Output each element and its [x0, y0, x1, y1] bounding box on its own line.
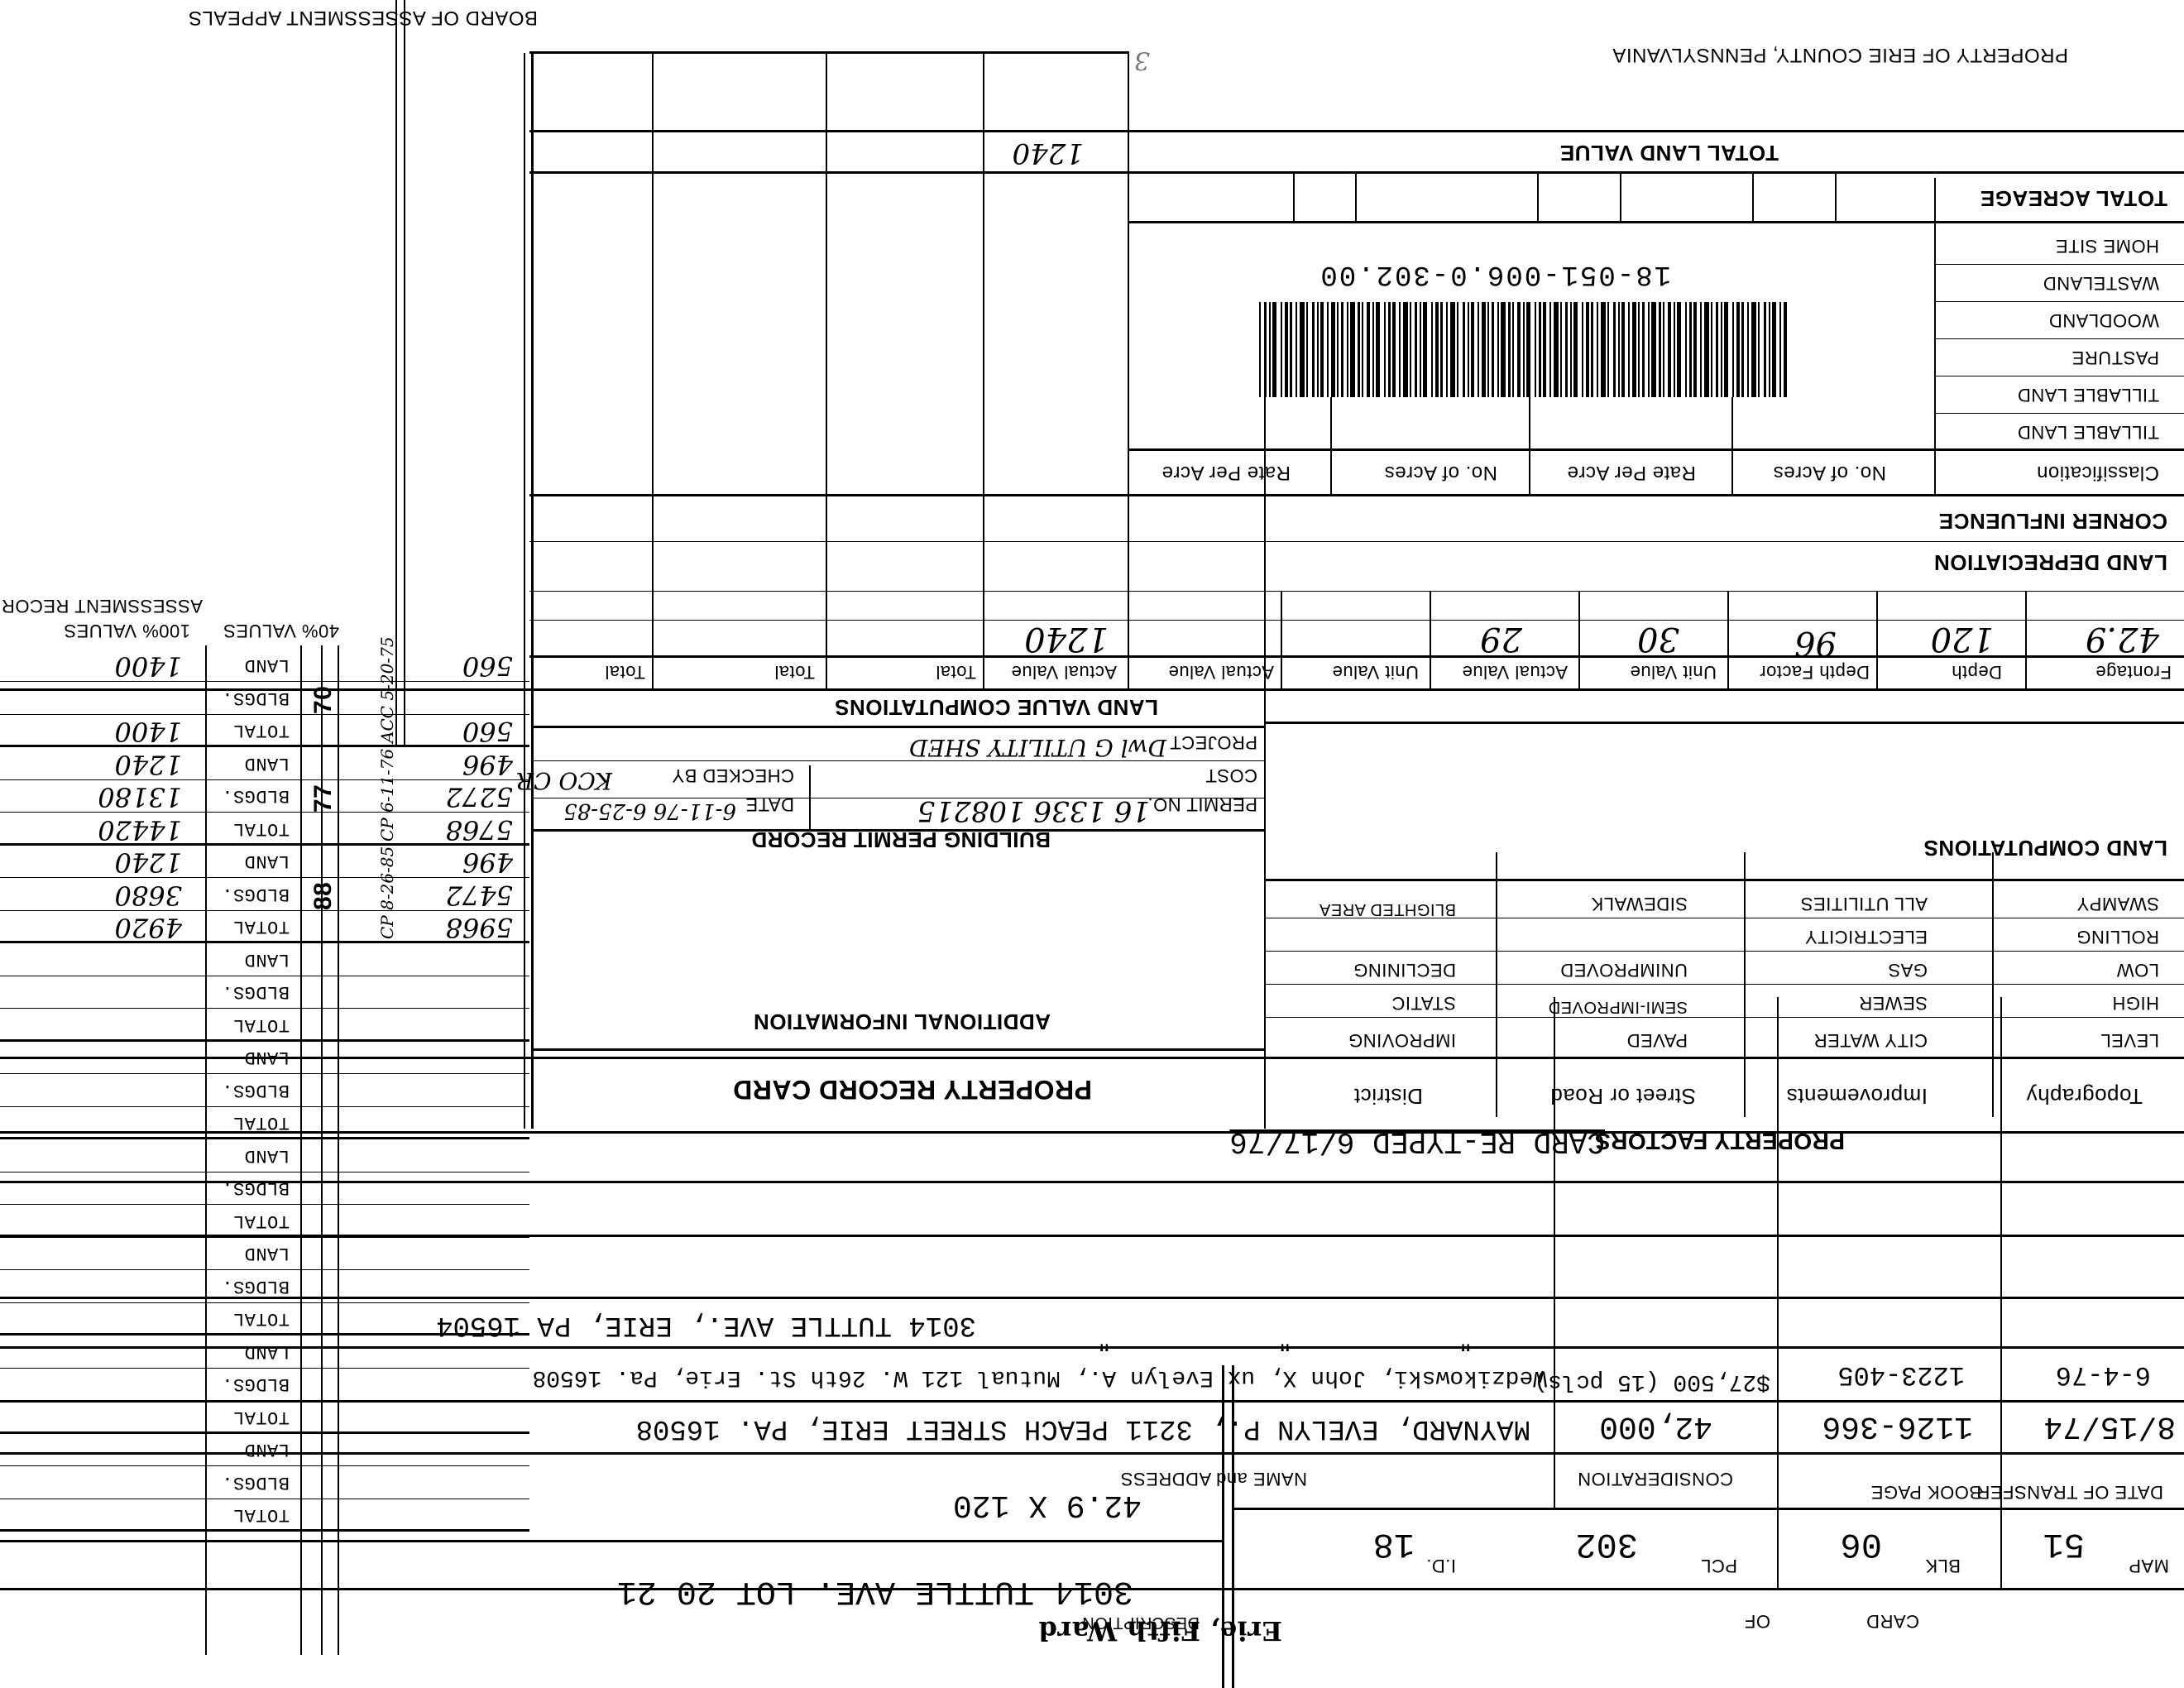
depth-value: 120	[1931, 620, 1994, 658]
divider	[0, 1431, 529, 1434]
divider	[0, 779, 529, 780]
assessment-note: CP 8-26-85	[377, 846, 397, 939]
divider	[0, 1235, 529, 1238]
divider	[0, 1499, 529, 1499]
col-no-of-acres: No. of Acres	[1773, 461, 1886, 484]
assessment-row-label: TOTAL	[232, 818, 290, 839]
divider	[1537, 174, 1539, 223]
assessment-row-label: TOTAL	[232, 1505, 290, 1526]
assessment-40-value: 560	[462, 717, 513, 748]
transfer-book-page: 1126-366	[1822, 1408, 1973, 1444]
divider	[0, 1181, 2184, 1183]
divider	[0, 1131, 2184, 1134]
divider	[1731, 397, 1733, 496]
divider	[529, 620, 2184, 621]
assessment-row-label: BLDGS.	[222, 1080, 290, 1101]
divider	[529, 494, 2184, 496]
divider	[338, 645, 339, 1655]
acreage-tillable-1: TILLABLE LAND	[2017, 421, 2159, 443]
margin-note: 3	[1134, 46, 1150, 74]
divider	[1266, 722, 2184, 724]
col-unit-value: Unit Value	[1630, 661, 1717, 683]
divider	[0, 1270, 529, 1271]
transfer-consideration: $27,500 (15 pcls)	[1534, 1369, 1770, 1394]
assessment-100-value: 4920	[115, 913, 182, 944]
col-depth: Depth	[1952, 661, 2002, 683]
acreage-pasture: PASTURE	[2071, 347, 2159, 368]
assessment-row-label: TOTAL	[232, 1309, 290, 1330]
divider	[1129, 221, 2184, 223]
divider	[1529, 397, 1530, 496]
divider	[826, 54, 827, 691]
map-value: 51	[2043, 1524, 2085, 1564]
col-date-of-transfer: DATE OF TRANSFER	[2023, 1482, 2163, 1502]
transfer-book-page: 1223-405	[1837, 1360, 1965, 1390]
divider	[1129, 448, 2184, 451]
divider	[1620, 174, 1621, 223]
assessment-row-label: BLDGS.	[222, 786, 290, 807]
lot-dimensions: 42.9 X 120	[953, 1487, 1142, 1523]
assessment-row-label: TOTAL	[232, 1113, 290, 1134]
assessment-row-label: BLDGS.	[222, 884, 290, 904]
col-book-page: BOOK PAGE	[1832, 1482, 1981, 1502]
col-depth-factor: Depth Factor	[1760, 661, 1870, 683]
divider	[0, 1009, 529, 1009]
divider	[1578, 592, 1580, 691]
assessment-40-value: 5272	[446, 782, 513, 813]
divider	[2000, 997, 2002, 1510]
factor-sewer: SEWER	[1859, 992, 1928, 1014]
checked-by-value: KCO CR	[516, 767, 612, 794]
divider	[534, 726, 1266, 728]
divider	[300, 645, 302, 1655]
col-rate-per-acre-2: Rate Per Acre	[1161, 461, 1291, 484]
transfer-date: 8/15/74	[2043, 1408, 2176, 1444]
factor-level: LEVEL	[2100, 1029, 2159, 1051]
board-header: BOARD OF ASSESSMENT APPEALS	[188, 6, 538, 29]
col-district: District	[1354, 1083, 1423, 1109]
divider	[529, 130, 2184, 132]
permit-no-value: 16 1336 108215	[917, 794, 1150, 827]
building-permit-title: BUILDING PERMIT RECORD	[751, 827, 1051, 852]
divider	[809, 765, 811, 832]
assessment-40-value: 496	[462, 749, 513, 780]
divider	[1233, 1508, 2184, 1510]
permit-no-label: PERMIT NO.	[1147, 794, 1257, 815]
divider	[2025, 592, 2027, 691]
divider	[0, 1346, 2184, 1349]
divider	[0, 746, 529, 748]
assessment-row-label: BLDGS.	[222, 688, 290, 708]
divider	[1281, 592, 1282, 691]
acreage-woodland: WOODLAND	[2048, 309, 2159, 331]
assessment-100-value: 14420	[98, 814, 182, 846]
divider	[0, 1466, 529, 1467]
land-computations-title: LAND COMPUTATIONS	[1923, 835, 2167, 861]
map-label: MAP	[2129, 1555, 2169, 1576]
divider	[534, 798, 1266, 798]
card-label: CARD	[1866, 1610, 1919, 1632]
assessment-40-value: 5768	[446, 814, 513, 846]
factor-blighted-area: BLIGHTED AREA	[1319, 899, 1456, 918]
divider	[404, 0, 405, 745]
transfer-consideration: 42,000	[1599, 1408, 1712, 1444]
assessment-row-label: TOTAL	[232, 721, 290, 741]
col-no-of-acres-2: No. of Acres	[1384, 461, 1497, 484]
project-label: PROJECT	[1170, 731, 1257, 753]
divider	[1936, 301, 2184, 302]
col-total-2: Total	[774, 661, 815, 683]
retyped-note: CARD RE-TYPED 6/17/76	[1229, 1125, 1605, 1158]
divider	[0, 1297, 2184, 1299]
divider	[0, 1530, 529, 1532]
corner-influence-label: CORNER INFLUENCE	[1938, 508, 2167, 534]
assessment-row-label: LAND	[244, 851, 290, 872]
assessment-row-label: LAND	[244, 753, 290, 774]
assessment-note: CP 6-11-76	[377, 749, 397, 842]
divider	[1744, 852, 1746, 1117]
divider	[1293, 174, 1295, 223]
divider	[652, 54, 654, 691]
col-total-1: Total	[936, 661, 976, 683]
total-value: 1240	[1024, 620, 1109, 658]
factor-semi-improved: SEMI-IMPROVED	[1548, 997, 1688, 1016]
divider	[0, 878, 529, 879]
divider	[205, 645, 207, 1655]
of-label: OF	[1744, 1610, 1770, 1632]
divider	[0, 1452, 2184, 1455]
assessment-100-value: 1400	[115, 651, 182, 683]
col-rate-per-acre: Rate Per Acre	[1567, 461, 1696, 484]
divider	[1233, 1588, 2184, 1590]
divider	[534, 1048, 1266, 1051]
assessment-row-label: BLDGS.	[222, 1472, 290, 1493]
description-label: DESCRIPTION	[1082, 1613, 1200, 1632]
divider	[1992, 852, 1994, 1117]
acreage-home-site: HOME SITE	[2055, 235, 2159, 257]
blk-label: BLK	[1925, 1555, 1961, 1576]
cost-label: COST	[1205, 765, 1257, 786]
id-label: I.D.	[1426, 1555, 1456, 1576]
blk-value: 06	[1841, 1524, 1882, 1564]
assessment-100-value: 1240	[115, 847, 182, 879]
factor-rolling: ROLLING	[2076, 926, 2159, 947]
owner-header: PROPERTY OF ERIE COUNTY, PENNSYLVANIA	[1612, 43, 2068, 66]
factor-high: HIGH	[2112, 992, 2159, 1014]
factor-all-utilities: ALL UTILITIES	[1800, 893, 1928, 914]
divider	[529, 171, 2184, 174]
acreage-wasteland: WASTELAND	[2043, 272, 2159, 294]
divider	[1936, 264, 2184, 265]
assessment-row-label: LAND	[244, 1341, 290, 1362]
divider	[0, 976, 529, 976]
divider	[0, 1302, 529, 1303]
assessment-record-title: ASSESSMENT RECORD	[0, 595, 203, 616]
id-value: 18	[1373, 1524, 1415, 1564]
factor-improving: IMPROVING	[1348, 1029, 1456, 1051]
divider	[0, 1540, 1224, 1542]
divider	[1355, 174, 1357, 223]
assessment-row-label: LAND	[244, 1145, 290, 1166]
assessment-row-label: BLDGS.	[222, 1178, 290, 1199]
divider	[529, 51, 1129, 54]
divider	[529, 591, 2184, 592]
checked-by-label: CHECKED BY	[672, 765, 794, 786]
assessment-row-label: LAND	[244, 949, 290, 970]
divider	[1876, 592, 1878, 691]
divider	[1330, 397, 1332, 496]
col-consideration: CONSIDERATION	[1578, 1468, 1733, 1489]
assessment-40-value: 560	[462, 651, 513, 683]
card-title: PROPERTY RECORD CARD	[733, 1074, 1092, 1105]
assessment-100-value: 1400	[115, 717, 182, 748]
col-improvements: Improvements	[1786, 1083, 1928, 1109]
divider	[0, 1172, 529, 1172]
land-value-computations-title: LAND VALUE COMPUTATIONS	[835, 694, 1158, 720]
assessment-row-label: LAND	[244, 1244, 290, 1264]
divider	[0, 714, 529, 715]
col-actual-value: Actual Value	[1462, 661, 1568, 683]
col-unit-value-2: Unit Value	[1332, 661, 1419, 683]
divider	[1266, 879, 2184, 881]
assessment-row-label: BLDGS.	[222, 982, 290, 1003]
transfer-name-address: Wedzikowski, John X, ux Evelyn A., Mutua…	[532, 1364, 1547, 1390]
divider	[0, 1106, 529, 1107]
assessment-year: 70	[309, 686, 338, 714]
divider	[1777, 1508, 1779, 1590]
assessment-row-label: BLDGS.	[222, 1276, 290, 1297]
factor-low: LOW	[2116, 959, 2159, 981]
divider	[0, 1401, 529, 1402]
land-depreciation-label: LAND DEPRECIATION	[1934, 549, 2167, 575]
divider	[1554, 997, 1555, 1510]
transfer-date: 6-4-76	[2056, 1360, 2151, 1390]
divider	[1266, 1017, 2184, 1018]
values-100-label: 100% VALUES	[64, 620, 190, 641]
project-value: Dwl G UTILITY SHED	[909, 734, 1166, 761]
divider	[0, 1205, 529, 1206]
divider	[529, 541, 2184, 542]
factor-static: STATIC	[1391, 992, 1456, 1014]
divider	[1936, 338, 2184, 339]
factor-unimproved: UNIMPROVED	[1560, 959, 1688, 981]
col-topography: Topography	[2026, 1083, 2143, 1109]
divider	[0, 1039, 529, 1042]
assessment-row-label: LAND	[244, 1048, 290, 1068]
acreage-tillable-2: TILLABLE LAND	[2017, 384, 2159, 405]
pcl-label: PCL	[1701, 1555, 1737, 1576]
col-classification: Classification	[2037, 461, 2159, 484]
divider	[395, 0, 397, 745]
pcl-value: 302	[1575, 1524, 1638, 1564]
col-total-3: Total	[605, 661, 645, 683]
divider	[1496, 852, 1497, 1117]
divider	[1266, 984, 2184, 985]
divider	[1727, 592, 1729, 691]
factor-electricity: ELECTRICITY	[1804, 926, 1928, 947]
divider	[0, 1057, 2184, 1059]
factor-swampy: SWAMPY	[2076, 893, 2159, 914]
assessment-row-label: TOTAL	[232, 917, 290, 938]
assessment-row-label: LAND	[244, 655, 290, 676]
divider	[1936, 413, 2184, 414]
total-land-value: 1240	[1012, 137, 1084, 170]
assessment-100-value: 3680	[115, 880, 182, 911]
assessment-row-label: TOTAL	[232, 1407, 290, 1427]
transfer-ditto: " " "	[1097, 1327, 1473, 1353]
divider	[1752, 174, 1754, 223]
assessment-40-value: 5968	[446, 913, 513, 944]
divider	[1777, 997, 1779, 1510]
divider	[0, 1138, 529, 1140]
assessment-40-value: 496	[462, 847, 513, 879]
divider	[0, 1368, 529, 1369]
divider	[0, 682, 529, 683]
property-record-card-sheet: CARD OF Erie, Fifth Ward MAP 51 BLK 06 P…	[0, 0, 2184, 1688]
assessment-row-label: BLDGS.	[222, 1374, 290, 1395]
frontage-value: 42.9	[2086, 620, 2159, 658]
factor-declining: DECLINING	[1353, 959, 1456, 981]
assessment-row-label: TOTAL	[232, 1211, 290, 1231]
assessment-row-label: TOTAL	[232, 1014, 290, 1035]
divider	[2000, 1508, 2002, 1590]
col-street-or-road: Street or Road	[1550, 1083, 1696, 1109]
divider	[1934, 178, 1936, 451]
additional-information-title: ADDITIONAL INFORMATION	[753, 1009, 1051, 1034]
assessment-row-label: LAND	[244, 1440, 290, 1460]
total-acreage-label: TOTAL ACREAGE	[1980, 185, 2167, 211]
factor-sidewalk: SIDEWALK	[1591, 893, 1688, 914]
transfer-name-address: MAYNARD, EVELYN P., 3211 PEACH STREET ER…	[636, 1412, 1530, 1444]
divider	[983, 54, 984, 691]
divider	[1266, 951, 2184, 952]
divider	[1128, 54, 1129, 691]
factor-gas: GAS	[1888, 959, 1928, 981]
divider	[0, 1334, 529, 1336]
divider	[524, 53, 525, 1129]
unit-value: 30	[1637, 620, 1679, 658]
divider	[0, 1074, 529, 1075]
col-actual-value-3: Actual Value	[1011, 661, 1117, 683]
barcode-text: 18-051-006.0-302.00	[1319, 258, 1671, 290]
col-actual-value-2: Actual Value	[1168, 661, 1274, 683]
permit-date-value: 6-11-76 6-25-85	[563, 798, 736, 823]
assessment-40-value: 5472	[446, 880, 513, 911]
actual-value: 29	[1480, 620, 1522, 658]
assessment-100-value: 1240	[115, 749, 182, 780]
factor-city-water: CITY WATER	[1813, 1029, 1928, 1051]
permit-date-label: DATE	[745, 794, 794, 815]
depth-factor-value: 96	[1794, 624, 1837, 662]
parcel-barcode	[1133, 302, 1787, 397]
total-land-value-label: TOTAL LAND VALUE	[1559, 140, 1779, 165]
assessment-note: ACC 5-20-75	[377, 637, 397, 744]
values-40-label: 40% VALUES	[223, 620, 339, 641]
divider	[1835, 174, 1837, 223]
divider	[1430, 592, 1431, 691]
col-name-and-address: NAME and ADDRESS	[1120, 1468, 1307, 1489]
property-factors-title: PROPERTY FACTORS	[1594, 1128, 1845, 1154]
col-frontage: Frontage	[2095, 661, 2172, 683]
description-value: 3014 TUTTLE AVE. LOT 20 21	[617, 1572, 1133, 1609]
assessment-year: 77	[309, 784, 338, 813]
assessment-100-value: 13180	[98, 782, 182, 813]
divider	[1936, 376, 2184, 376]
assessment-year: 88	[309, 882, 338, 910]
factor-paved: PAVED	[1626, 1029, 1688, 1051]
